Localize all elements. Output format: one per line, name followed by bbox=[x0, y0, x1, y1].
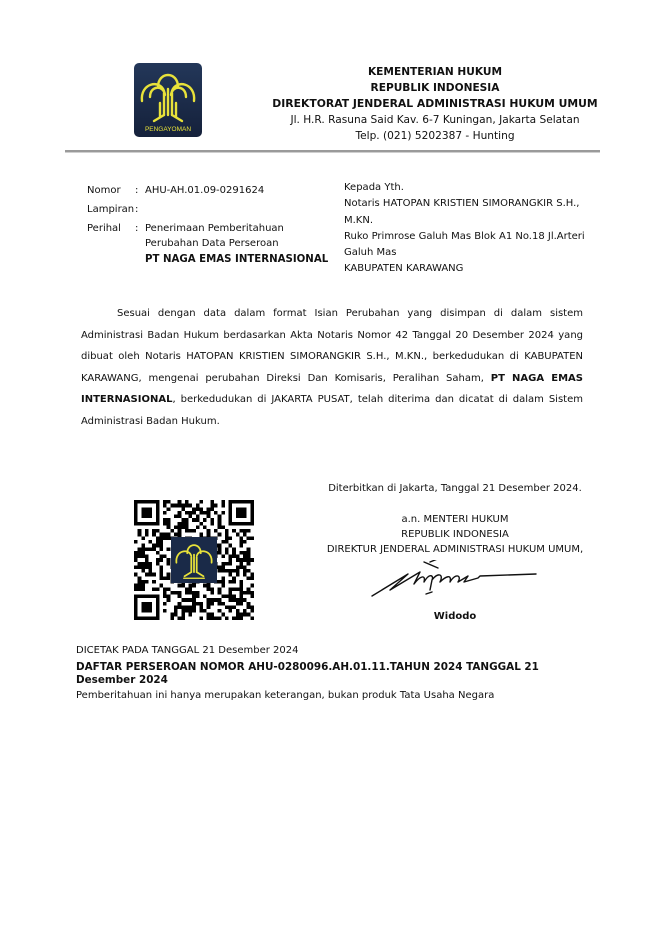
footer: DICETAK PADA TANGGAL 21 Desember 2024 DA… bbox=[76, 644, 596, 702]
office-phone: Telp. (021) 5202387 - Hunting bbox=[270, 128, 600, 144]
lampiran-value bbox=[145, 200, 335, 219]
logo-label: PENGAYOMAN bbox=[134, 126, 202, 133]
letterhead: KEMENTERIAN HUKUM REPUBLIK INDONESIA DIR… bbox=[270, 64, 600, 144]
perihal-line2: Perubahan Data Perseroan bbox=[145, 236, 335, 251]
perihal-company: PT NAGA EMAS INTERNASIONAL bbox=[145, 251, 335, 267]
on-behalf-line1: a.n. MENTERI HUKUM bbox=[320, 512, 590, 527]
letter-meta: Nomor : AHU-AH.01.09-0291624 Lampiran : … bbox=[87, 181, 335, 267]
signatory-title: a.n. MENTERI HUKUM REPUBLIK INDONESIA DI… bbox=[320, 512, 590, 557]
perihal-value: Penerimaan Pemberitahuan Perubahan Data … bbox=[145, 219, 335, 267]
recipient-greeting: Kepada Yth. bbox=[344, 180, 594, 196]
disclaimer: Pemberitahuan ini hanya merupakan ketera… bbox=[76, 689, 596, 703]
recipient-address: Ruko Primrose Galuh Mas Blok A1 No.18 Jl… bbox=[344, 229, 589, 262]
nomor-row: Nomor : AHU-AH.01.09-0291624 bbox=[87, 181, 335, 200]
qr-center-logo bbox=[171, 537, 217, 583]
colon: : bbox=[135, 200, 145, 219]
lampiran-label: Lampiran bbox=[87, 200, 135, 219]
on-behalf-line3: DIREKTUR JENDERAL ADMINISTRASI HUKUM UMU… bbox=[320, 542, 590, 557]
ministry-name: KEMENTERIAN HUKUM bbox=[270, 64, 600, 80]
pengayoman-emblem-icon bbox=[171, 537, 217, 583]
pengayoman-emblem-icon bbox=[134, 63, 202, 125]
on-behalf-line2: REPUBLIK INDONESIA bbox=[320, 527, 590, 542]
colon: : bbox=[135, 181, 145, 200]
directorate-name: DIREKTORAT JENDERAL ADMINISTRASI HUKUM U… bbox=[270, 96, 600, 112]
perihal-label: Perihal bbox=[87, 219, 135, 267]
issued-place-date: Diterbitkan di Jakarta, Tanggal 21 Desem… bbox=[320, 483, 590, 494]
perihal-row: Perihal : Penerimaan Pemberitahuan Perub… bbox=[87, 219, 335, 267]
recipient-block: Kepada Yth. Notaris HATOPAN KRISTIEN SIM… bbox=[344, 180, 594, 278]
signature-icon bbox=[368, 560, 538, 609]
printed-date: DICETAK PADA TANGGAL 21 Desember 2024 bbox=[76, 644, 596, 658]
nomor-label: Nomor bbox=[87, 181, 135, 200]
header-divider bbox=[65, 150, 600, 153]
nomor-value: AHU-AH.01.09-0291624 bbox=[145, 181, 335, 200]
recipient-city: KABUPATEN KARAWANG bbox=[344, 261, 594, 277]
perihal-line1: Penerimaan Pemberitahuan bbox=[145, 219, 335, 236]
lampiran-row: Lampiran : bbox=[87, 200, 335, 219]
recipient-name: Notaris HATOPAN KRISTIEN SIMORANGKIR S.H… bbox=[344, 196, 584, 229]
letter-body: Sesuai dengan data dalam format Isian Pe… bbox=[81, 303, 583, 433]
ministry-logo: PENGAYOMAN bbox=[134, 63, 202, 137]
register-number: DAFTAR PERSEROAN NOMOR AHU-0280096.AH.01… bbox=[76, 661, 596, 688]
signer-name: Widodo bbox=[320, 611, 590, 622]
colon: : bbox=[135, 219, 145, 267]
country-name: REPUBLIK INDONESIA bbox=[270, 80, 600, 96]
office-address: Jl. H.R. Rasuna Said Kav. 6-7 Kuningan, … bbox=[270, 112, 600, 128]
